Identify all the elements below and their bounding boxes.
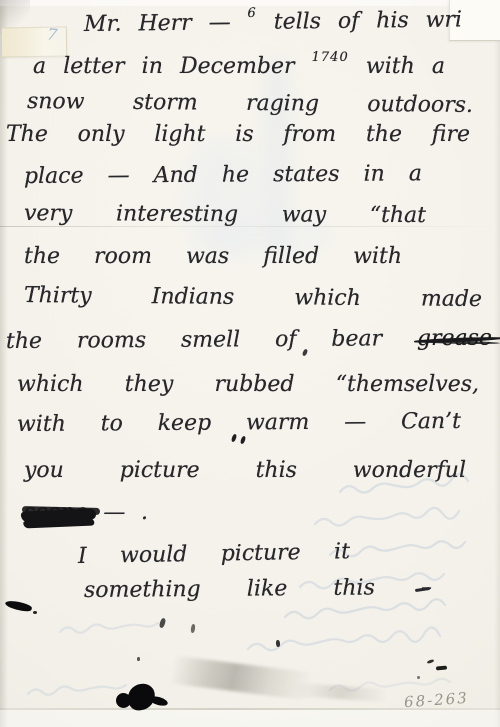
ink-speck (33, 611, 37, 614)
ink-blot-large (116, 684, 170, 712)
ink-speck (137, 657, 140, 661)
line-text: very interesting way “that (24, 201, 426, 228)
crossed-out-word: grease (417, 326, 492, 352)
handwriting-line-4: The only light is from the fire (6, 120, 470, 150)
ink-speck (417, 676, 420, 679)
handwriting-line-8: Thirty Indians which made (24, 281, 482, 315)
bottom-edge-strip (0, 710, 500, 727)
line-text: the rooms smell of bear (6, 326, 382, 354)
handwriting-line-15: something like this – (84, 573, 432, 606)
ink-speck (276, 640, 281, 647)
line-text: place — And he states in a (24, 161, 422, 189)
handwriting-line-11: with to keep warm — Can’t (17, 407, 461, 440)
line-text: tells of his wri (274, 7, 463, 34)
line-text: something like this – (84, 575, 432, 603)
handwriting-line-2: a letter in December 1740 with a (33, 52, 445, 85)
line-text: you picture this wonderful (24, 458, 466, 483)
line-text: Mr. Herr — (84, 10, 231, 37)
line-text: with to keep warm — Can’t (17, 409, 461, 437)
handwriting-line-10: which they rubbed “themselves, (17, 370, 479, 400)
scribbled-out-word: scene (24, 500, 88, 525)
line-text: — . (103, 500, 148, 525)
superscript-note: 6 (247, 6, 256, 21)
superscript-year: 1740 (312, 50, 349, 65)
line-text: I would picture it (78, 539, 350, 569)
handwriting-line-1: Mr. Herr — 6 tells of his wri (84, 5, 462, 43)
scanned-letter-page: 7 Mr. Herr — 6 tells of his wri a letter… (0, 0, 500, 727)
line-text: Thirty Indians which made (24, 283, 482, 312)
handwriting-line-6: very interesting way “that (24, 199, 426, 231)
handwriting-line-14: I would picture it (78, 537, 350, 572)
handwriting-line-9: the rooms smell of bear grease (6, 324, 492, 357)
handwriting-line-5: place — And he states in a (24, 159, 422, 192)
line-text: The only light is from the fire (6, 122, 470, 147)
handwriting-line-3: snow storm raging outdoors. (27, 87, 473, 121)
line-text: snow storm raging outdoors. (27, 89, 473, 118)
line-text: a letter in December (33, 54, 294, 79)
handwriting-line-12: you picture this wonderful (24, 456, 466, 486)
handwriting-line-13: scene — . (24, 498, 148, 528)
line-text: the room was filled with (24, 244, 402, 269)
line-text: with a (366, 54, 445, 79)
line-text: which they rubbed “themselves, (17, 372, 479, 397)
handwriting-line-7: the room was filled with (24, 242, 402, 272)
